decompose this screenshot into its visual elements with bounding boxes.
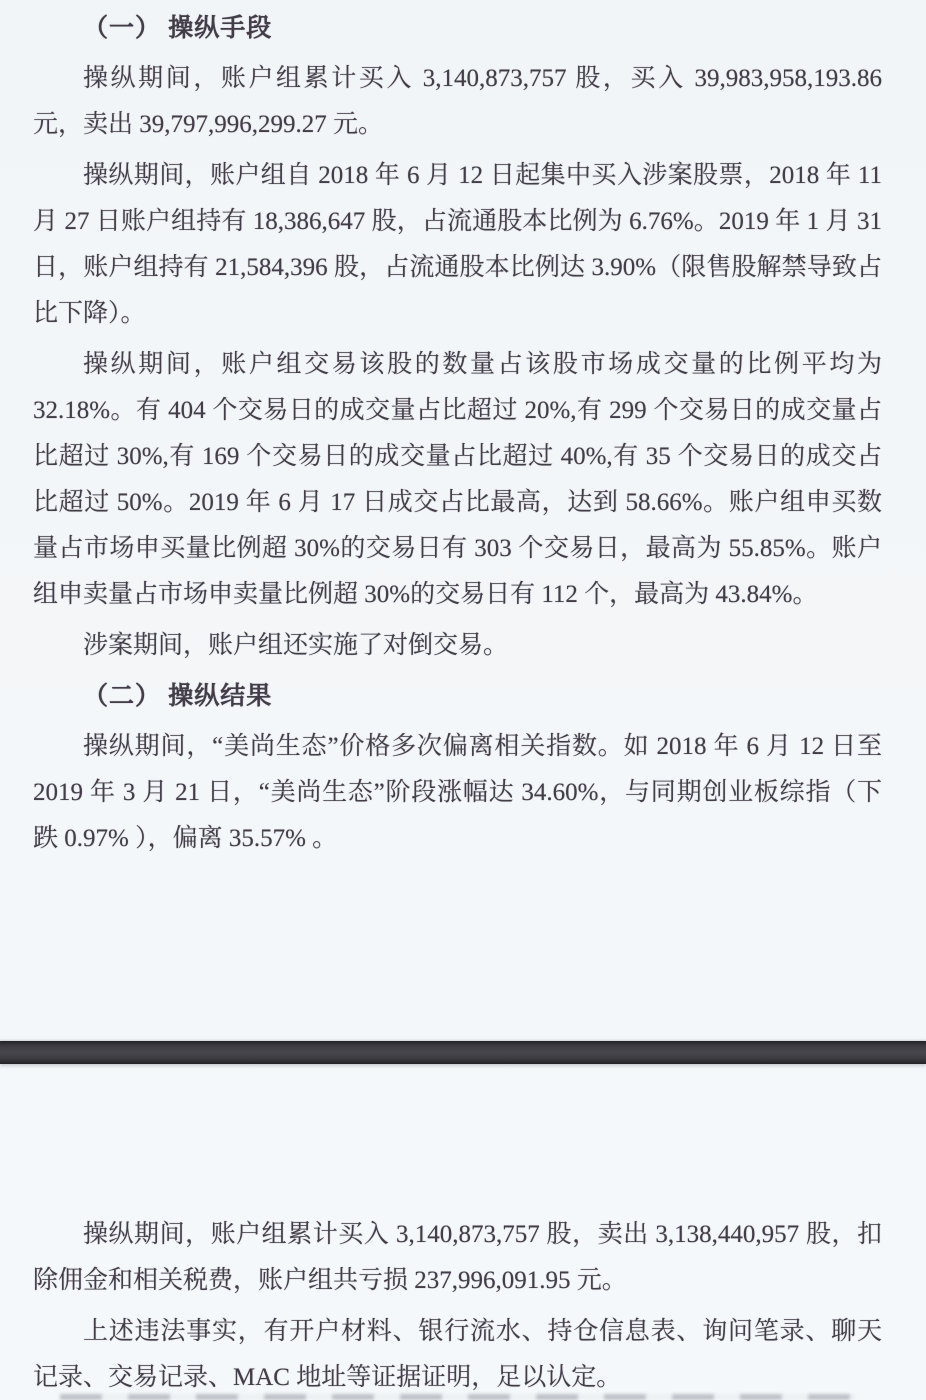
page-2: 操纵期间，账户组累计买入 3,140,873,757 股，卖出 3,138,44… — [33, 1212, 882, 1400]
paragraph-price-deviation: 操纵期间，“美尚生态”价格多次偏离相关指数。如 2018 年 6 月 12 日至… — [33, 724, 882, 862]
section-1-heading: （一） 操纵手段 — [33, 6, 882, 52]
section-2-heading: （二） 操纵结果 — [33, 674, 882, 720]
scanned-document-view: { "document": { "page1": { "section1": {… — [0, 0, 926, 1400]
paragraph-loss-summary: 操纵期间，账户组累计买入 3,140,873,757 股，卖出 3,138,44… — [33, 1212, 882, 1304]
page-break-divider — [0, 1041, 926, 1064]
paragraph-wash-trading: 涉案期间，账户组还实施了对倒交易。 — [33, 623, 882, 669]
cutoff-next-line-artifact — [60, 1394, 856, 1400]
paragraph-volume-ratios: 操纵期间，账户组交易该股的数量占该股市场成交量的比例平均为 32.18%。有 4… — [33, 342, 882, 618]
paragraph-evidence-list: 上述违法事实，有开户材料、银行流水、持仓信息表、询问笔录、聊天记录、交易记录、M… — [33, 1309, 882, 1400]
paragraph-holdings-ratio: 操纵期间，账户组自 2018 年 6 月 12 日起集中买入涉案股票，2018 … — [33, 153, 882, 337]
page-1: （一） 操纵手段 操纵期间，账户组累计买入 3,140,873,757 股，买入… — [33, 6, 882, 867]
paragraph-buy-sell-totals: 操纵期间，账户组累计买入 3,140,873,757 股，买入 39,983,9… — [33, 56, 882, 148]
